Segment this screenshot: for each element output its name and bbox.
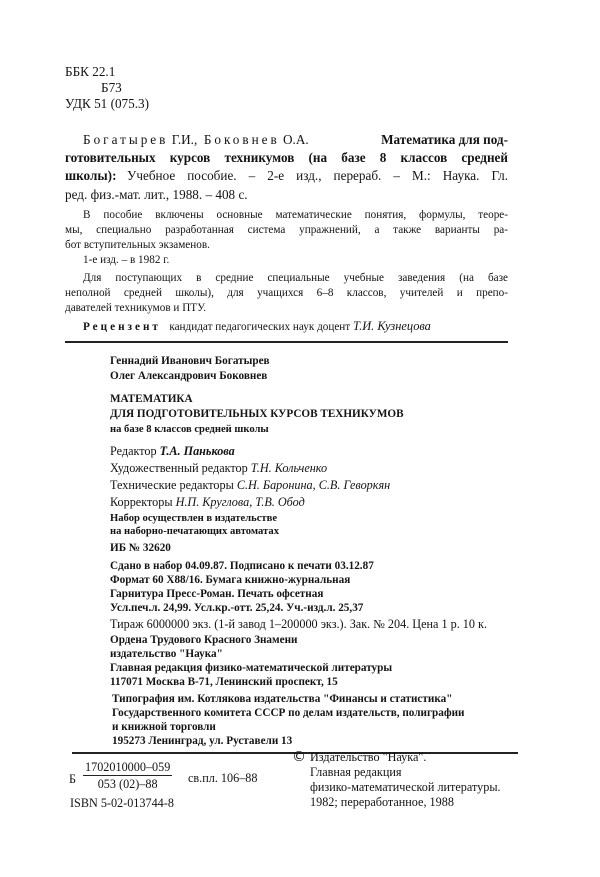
typesetting-line-2: на наборно-печатающих автоматах	[110, 526, 279, 537]
publisher-address: 117071 Москва В-71, Ленинский проспект, …	[110, 676, 338, 688]
printer-line-1: Типография им. Котлякова издательства "Ф…	[112, 693, 452, 705]
divider-top	[65, 341, 508, 343]
colophon-title-1: МАТЕМАТИКА	[110, 393, 193, 405]
publisher-line-1: Ордена Трудового Красного Знамени	[110, 634, 298, 646]
book-title-start: Математика для под-	[381, 132, 508, 148]
audience-line-3: давателей техникумов и ПТУ.	[65, 302, 206, 314]
printer-address: 195273 Ленинград, ул. Руставели 13	[112, 735, 292, 747]
editor-line-1: Редактор Т.А. Панькова	[110, 444, 235, 459]
copyright-line-1: Издательство "Наука".	[310, 750, 426, 765]
proofreaders-role: Корректоры	[110, 495, 173, 509]
author1-surname: Богатырев	[83, 132, 168, 147]
author-full-name-2: Олег Александрович Боковнев	[110, 370, 267, 382]
editor-names: Т.А. Панькова	[160, 444, 235, 458]
biblio-line-2: готовительных курсов техникумов (на базе…	[65, 150, 508, 166]
isbn: ISBN 5-02-013744-8	[70, 796, 174, 811]
colophon-title-2: ДЛЯ ПОДГОТОВИТЕЛЬНЫХ КУРСОВ ТЕХНИКУМОВ	[110, 408, 404, 420]
editor-line-4: Корректоры Н.П. Круглова, Т.В. Обод	[110, 495, 305, 510]
b-letter: Б	[69, 772, 76, 787]
print-spec-2: Формат 60 Х88/16. Бумага книжно-журнальн…	[110, 574, 350, 586]
copyright-line-3: физико-математической литературы.	[310, 780, 501, 795]
book-title-end: школы):	[65, 168, 116, 183]
art-editor-names: Т.Н. Кольченко	[251, 461, 327, 475]
editor-line-2: Художественный редактор Т.Н. Кольченко	[110, 461, 327, 476]
copyright-line-4: 1982; переработанное, 1988	[310, 795, 454, 810]
colophon-subtitle: на базе 8 классов средней школы	[110, 424, 269, 435]
publisher-line-3: Главная редакция физико-математической л…	[110, 662, 392, 674]
printer-line-2: Государственного комитета СССР по делам …	[112, 707, 465, 719]
editor-line-3: Технические редакторы С.Н. Баронина, С.В…	[110, 478, 390, 493]
catalog-fraction: 1702010000–059 053 (02)–88	[83, 760, 172, 791]
annotation-line-2: мы, специально разработанная система упр…	[65, 224, 508, 236]
reviewer-label: Рецензент	[83, 321, 161, 333]
author-mark: Б73	[101, 80, 122, 96]
author1-initials: Г.И.,	[168, 132, 197, 147]
fraction-denominator: 053 (02)–88	[83, 776, 172, 791]
sv-pl: св.пл. 106–88	[188, 771, 257, 786]
typesetting-line-1: Набор осуществлен в издательстве	[110, 513, 277, 524]
print-run: Тираж 6000000 экз. (1-й завод 1–200000 э…	[110, 617, 487, 632]
print-spec-4: Усл.печ.л. 24,99. Усл.кр.-отт. 25,24. Уч…	[110, 602, 363, 614]
print-spec-1: Сдано в набор 04.09.87. Подписано к печа…	[110, 560, 374, 572]
copyright-line-2: Главная редакция	[310, 765, 401, 780]
biblio-line-1: Богатырев Г.И., Боковнев О.А. Математика…	[83, 132, 508, 148]
copyright-icon: ©	[292, 749, 306, 765]
biblio-line-3: школы): Учебное пособие. – 2-е изд., пер…	[65, 168, 508, 184]
reviewer-name: Т.И. Кузнецова	[353, 319, 431, 333]
annotation-line-1: В пособие включены основные математическ…	[83, 209, 508, 221]
first-edition-note: 1-е изд. – в 1982 г.	[83, 254, 169, 266]
printer-line-3: и книжной торговли	[112, 721, 216, 733]
tech-editors-role: Технические редакторы	[110, 478, 234, 492]
editor-role: Редактор	[110, 444, 157, 458]
reviewer-title: кандидат педагогических наук доцент	[169, 321, 350, 333]
author2-surname: Боковнев	[204, 132, 280, 147]
reviewer-line: Рецензент кандидат педагогических наук д…	[83, 319, 431, 334]
fraction-numerator: 1702010000–059	[83, 760, 172, 776]
udk-code: УДК 51 (075.3)	[65, 96, 149, 112]
ib-number: ИБ № 32620	[110, 542, 171, 554]
audience-line-1: Для поступающих в средние специальные уч…	[83, 272, 508, 284]
tech-editors-names: С.Н. Баронина, С.В. Геворкян	[237, 478, 390, 492]
art-editor-role: Художественный редактор	[110, 461, 248, 475]
biblio-line-4: ред. физ.-мат. лит., 1988. – 408 с.	[65, 187, 248, 203]
bbk-code: ББК 22.1	[65, 64, 115, 80]
print-spec-3: Гарнитура Пресс-Роман. Печать офсетная	[110, 588, 323, 600]
author2-initials: О.А.	[280, 132, 309, 147]
annotation-line-3: бот вступительных экзаменов.	[65, 239, 210, 251]
proofreaders-names: Н.П. Круглова, Т.В. Обод	[176, 495, 305, 509]
publication-details: Учебное пособие. – 2-е изд., перераб. – …	[127, 168, 508, 184]
publisher-line-2: издательство "Наука"	[110, 648, 223, 660]
author-full-name-1: Геннадий Иванович Богатырев	[110, 355, 270, 367]
audience-line-2: неполной средней школы), для учащихся 6–…	[65, 287, 508, 299]
